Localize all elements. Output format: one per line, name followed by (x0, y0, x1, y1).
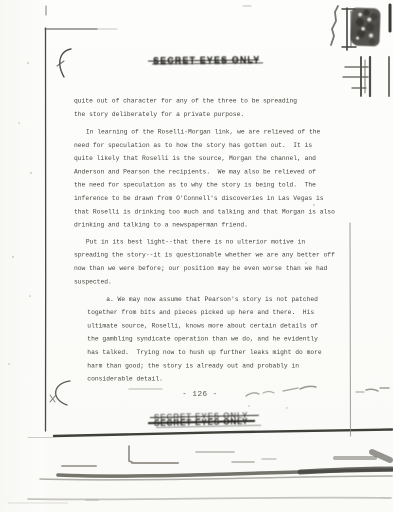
speck (18, 122, 20, 124)
smudge (283, 388, 298, 391)
pen-marks (50, 49, 71, 405)
secret-stamp-top: SECRET EYES ONLY (153, 54, 257, 70)
smudge (246, 393, 259, 396)
document-line: inference to be drawn from O'Connell's d… (74, 192, 393, 205)
document-line: the need for speculation as to why the s… (74, 179, 393, 192)
smudge (300, 386, 316, 389)
document-line: Anderson and Pearson the recipients. We … (74, 165, 393, 178)
l-shaped-mark (129, 446, 134, 463)
document-line: has talked. Trying now to hush up furthe… (87, 346, 393, 359)
document-line: In learning of the Roselli-Morgan link, … (86, 125, 393, 138)
page-number: - 126 - (170, 391, 230, 399)
document-line: ultimate source, Roselli, knows more abo… (87, 319, 393, 332)
document-line: need for speculation as to how the story… (74, 139, 393, 152)
document-line: spreading the story--it is questionable … (74, 249, 393, 262)
document-line: considerable detail. (87, 373, 393, 386)
speck (29, 295, 31, 297)
speck (30, 172, 32, 174)
document-line: harm than good; the story is already out… (87, 359, 393, 372)
document-line: suspected. (74, 276, 393, 289)
document-line: quite out of character for any of the th… (74, 95, 393, 108)
smudge (366, 389, 378, 391)
speck (27, 62, 29, 64)
speck (8, 363, 10, 365)
secret-stamp-bottom: SECRET EYES ONLY SECRET EYES ONLY (154, 411, 252, 431)
document-line: the story deliberately for a private pur… (74, 108, 393, 121)
heavy-streak-right (300, 469, 392, 472)
document-line: drinking and talking to a newspaperman f… (74, 219, 393, 232)
document-line: together from bits and pieces picked up … (87, 306, 393, 319)
speck (12, 256, 14, 258)
bottom-scan-streaks (8, 446, 392, 503)
document-body: quite out of character for any of the th… (74, 95, 393, 386)
faint-bottom-streak (28, 498, 391, 500)
handwriting-squiggle (331, 6, 338, 45)
document-line: the gambling syndicate operation than we… (87, 333, 393, 346)
scanned-document-page: SECRET EYES ONLY quite out of character … (0, 0, 393, 512)
document-line: a. We may now assume that Pearson's stor… (106, 293, 393, 306)
document-line: quite likely that Roselli is the source,… (74, 152, 393, 165)
bottom-page-edge-line (54, 430, 392, 437)
small-x-mark (50, 395, 56, 402)
curve-pen-mark-bottom (56, 381, 70, 405)
document-line: that Roselli is drinking too much and ta… (74, 205, 393, 218)
speck (248, 405, 249, 406)
document-line: now than we were before; our position ma… (74, 262, 393, 275)
document-line: Put in its best light--that there is no … (86, 236, 393, 249)
top-right-corner-smudge (350, 8, 380, 47)
speck (286, 407, 287, 408)
smudge (263, 392, 274, 394)
